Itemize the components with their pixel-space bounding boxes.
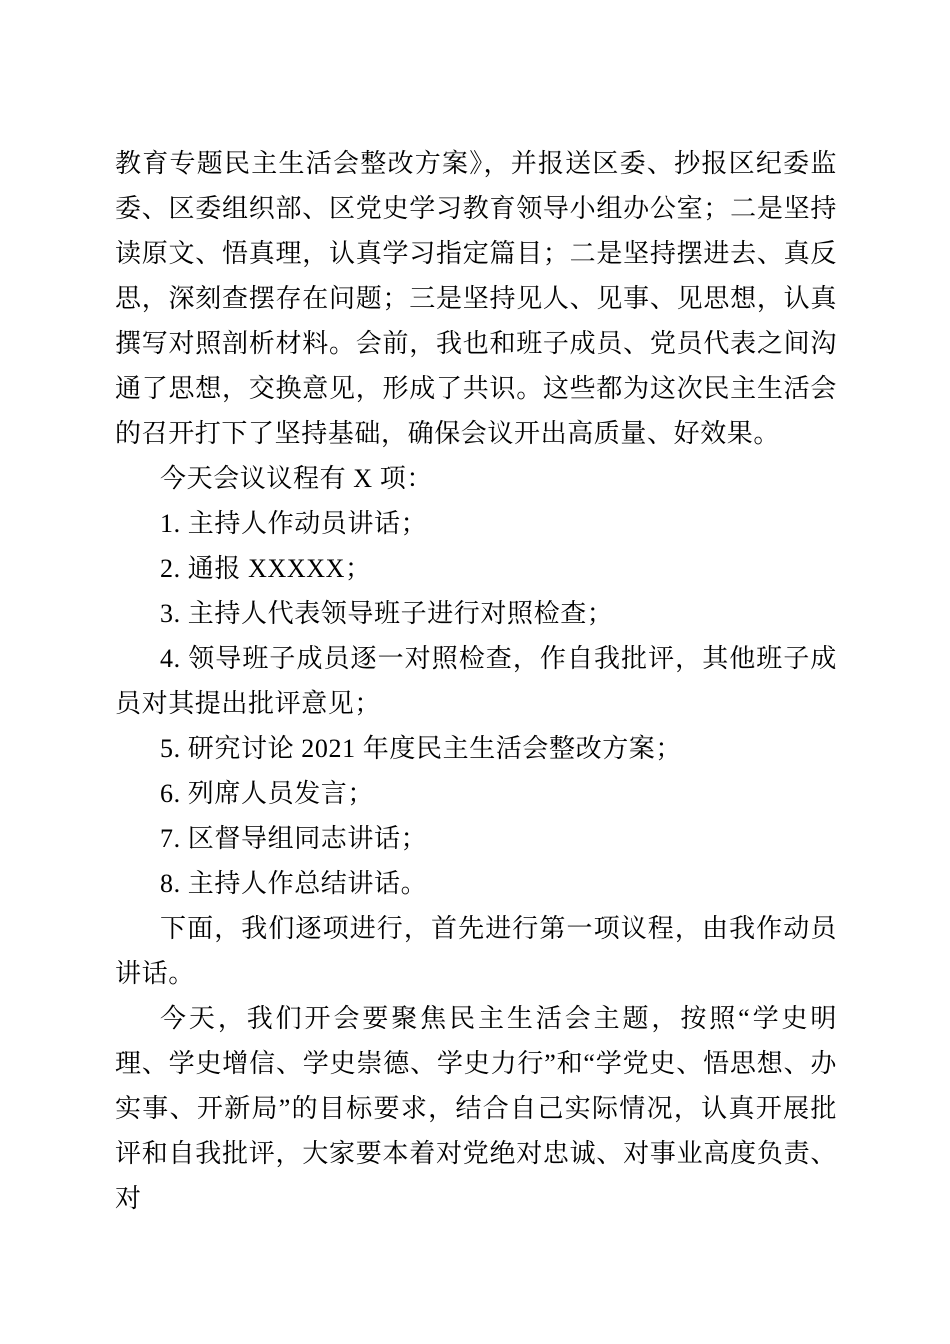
- mobilization-paragraph: 今天，我们开会要聚焦民主生活会主题，按照“学史明理、学史增信、学史崇德、学史力行…: [115, 996, 837, 1221]
- agenda-item-4: 4. 领导班子成员逐一对照检查，作自我批评，其他班子成员对其提出批评意见；: [115, 636, 837, 726]
- agenda-intro-paragraph: 今天会议议程有 X 项：: [115, 456, 837, 501]
- agenda-item-8: 8. 主持人作总结讲话。: [115, 861, 837, 906]
- agenda-item-3: 3. 主持人代表领导班子进行对照检查；: [115, 591, 837, 636]
- document-page: 教育专题民主生活会整改方案》，并报送区委、抄报区纪委监委、区委组织部、区党史学习…: [0, 0, 950, 1344]
- agenda-item-1: 1. 主持人作动员讲话；: [115, 501, 837, 546]
- agenda-item-7: 7. 区督导组同志讲话；: [115, 816, 837, 861]
- agenda-item-5: 5. 研究讨论 2021 年度民主生活会整改方案；: [115, 726, 837, 771]
- agenda-item-6: 6. 列席人员发言；: [115, 771, 837, 816]
- agenda-item-2: 2. 通报 XXXXX；: [115, 546, 837, 591]
- document-body: 教育专题民主生活会整改方案》，并报送区委、抄报区纪委监委、区委组织部、区党史学习…: [115, 141, 837, 1221]
- body-paragraph-continuation: 教育专题民主生活会整改方案》，并报送区委、抄报区纪委监委、区委组织部、区党史学习…: [115, 141, 837, 456]
- transition-paragraph: 下面，我们逐项进行，首先进行第一项议程，由我作动员讲话。: [115, 906, 837, 996]
